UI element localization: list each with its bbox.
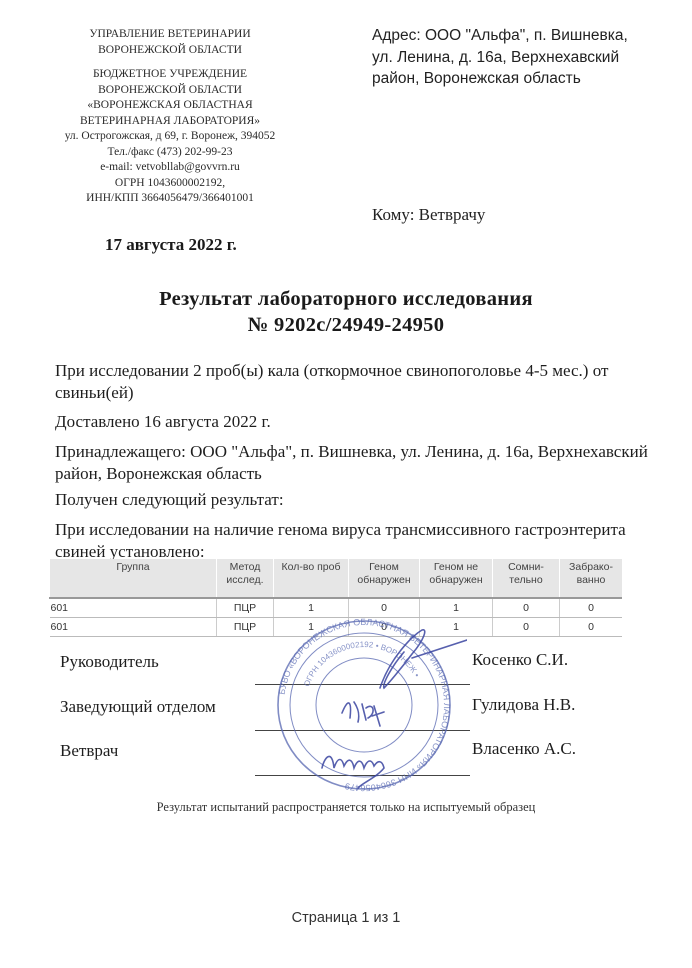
address-line: район, Воронежская область: [372, 68, 672, 90]
org-line: БЮДЖЕТНОЕ УЧРЕЖДЕНИЕ: [20, 67, 320, 83]
document-title: Результат лабораторного исследования № 9…: [0, 286, 692, 338]
header-method: Метод исслед.: [217, 559, 274, 598]
results-table: Группа Метод исслед. Кол-во проб Геном о…: [49, 559, 622, 637]
cell-method: ПЦР: [217, 618, 274, 637]
org-line: «ВОРОНЕЖСКАЯ ОБЛАСТНАЯ: [20, 98, 320, 114]
org-line: ВОРОНЕЖСКОЙ ОБЛАСТИ: [20, 43, 320, 59]
paragraph-delivered: Доставлено 16 августа 2022 г.: [55, 411, 655, 433]
signature-name-vet: Власенко А.С.: [472, 739, 576, 759]
page-number: Страница 1 из 1: [0, 910, 692, 926]
header-group: Группа: [50, 559, 217, 598]
cell-method: ПЦР: [217, 598, 274, 618]
signature-name-department: Гулидова Н.В.: [472, 695, 575, 715]
cell-sample-count: 1: [274, 598, 349, 618]
paragraph-samples: При исследовании 2 проб(ы) кала (откормо…: [55, 360, 655, 403]
signature-line: [255, 730, 470, 731]
organization-header: УПРАВЛЕНИЕ ВЕТЕРИНАРИИ ВОРОНЕЖСКОЙ ОБЛАС…: [20, 27, 320, 207]
header-doubtful: Сомни-тельно: [493, 559, 560, 598]
recipient-address: Адрес: ООО "Альфа", п. Вишневка, ул. Лен…: [372, 25, 672, 90]
org-line: ВОРОНЕЖСКОЙ ОБЛАСТИ: [20, 83, 320, 99]
paragraph-owner: Принадлежащего: ООО "Альфа", п. Вишневка…: [55, 441, 655, 484]
recipient: Кому: Ветврачу: [372, 205, 485, 225]
cell-group: 601: [50, 618, 217, 637]
footnote: Результат испытаний распространяется тол…: [0, 800, 692, 815]
org-line: УПРАВЛЕНИЕ ВЕТЕРИНАРИИ: [20, 27, 320, 43]
signature-role-vet: Ветврач: [60, 741, 118, 761]
address-line: ул. Ленина, д. 16а, Верхнехавский: [372, 47, 672, 69]
report-number: № 9202с/24949-24950: [0, 312, 692, 338]
header-genome-found: Геном обнаружен: [349, 559, 420, 598]
header-rejected: Забрако-ванно: [560, 559, 623, 598]
cell-genome-not-found: 1: [420, 598, 493, 618]
address-line: Адрес: ООО "Альфа", п. Вишневка,: [372, 25, 672, 47]
org-phone: Тел./факс (473) 202-99-23: [20, 145, 320, 161]
header-sample-count: Кол-во проб: [274, 559, 349, 598]
signature-line: [255, 684, 470, 685]
signature-role-department: Заведующий отделом: [60, 697, 216, 717]
cell-group: 601: [50, 598, 217, 618]
org-inn: ИНН/КПП 3664056479/366401001: [20, 191, 320, 207]
cell-sample-count: 1: [274, 618, 349, 637]
cell-genome-found: 0: [349, 618, 420, 637]
svg-text:ОГРН 1043600002192 • ВОРОНЕЖ •: ОГРН 1043600002192 • ВОРОНЕЖ •: [302, 640, 421, 688]
cell-genome-found: 0: [349, 598, 420, 618]
org-email: e-mail: vetvobllab@govvrn.ru: [20, 160, 320, 176]
table-header-row: Группа Метод исслед. Кол-во проб Геном о…: [50, 559, 623, 598]
org-line: ВЕТЕРИНАРНАЯ ЛАБОРАТОРИЯ»: [20, 114, 320, 130]
signature-line: [255, 775, 470, 776]
cell-rejected: 0: [560, 618, 623, 637]
cell-rejected: 0: [560, 598, 623, 618]
table-row: 601 ПЦР 1 0 1 0 0: [50, 598, 623, 618]
title-line: Результат лабораторного исследования: [0, 286, 692, 312]
header-genome-not-found: Геном не обнаружен: [420, 559, 493, 598]
cell-doubtful: 0: [493, 618, 560, 637]
cell-doubtful: 0: [493, 598, 560, 618]
org-address: ул. Острогожская, д 69, г. Воронеж, 3940…: [20, 129, 320, 145]
document-date: 17 августа 2022 г.: [105, 235, 237, 255]
table-row: 601 ПЦР 1 0 1 0 0: [50, 618, 623, 637]
paragraph-test-description: При исследовании на наличие генома вирус…: [55, 519, 655, 562]
official-stamp-icon: БУВО «ВОРОНЕЖСКАЯ ОБЛАСТНАЯ ВЕТЕРИНАРНАЯ…: [262, 618, 467, 793]
svg-text:БУВО «ВОРОНЕЖСКАЯ ОБЛАСТНАЯ ВЕ: БУВО «ВОРОНЕЖСКАЯ ОБЛАСТНАЯ ВЕТЕРИНАРНАЯ…: [277, 618, 452, 793]
signature-name-head: Косенко С.И.: [472, 650, 568, 670]
cell-genome-not-found: 1: [420, 618, 493, 637]
paragraph-result-intro: Получен следующий результат:: [55, 489, 655, 511]
signature-role-head: Руководитель: [60, 652, 159, 672]
org-ogrn: ОГРН 1043600002192,: [20, 176, 320, 192]
